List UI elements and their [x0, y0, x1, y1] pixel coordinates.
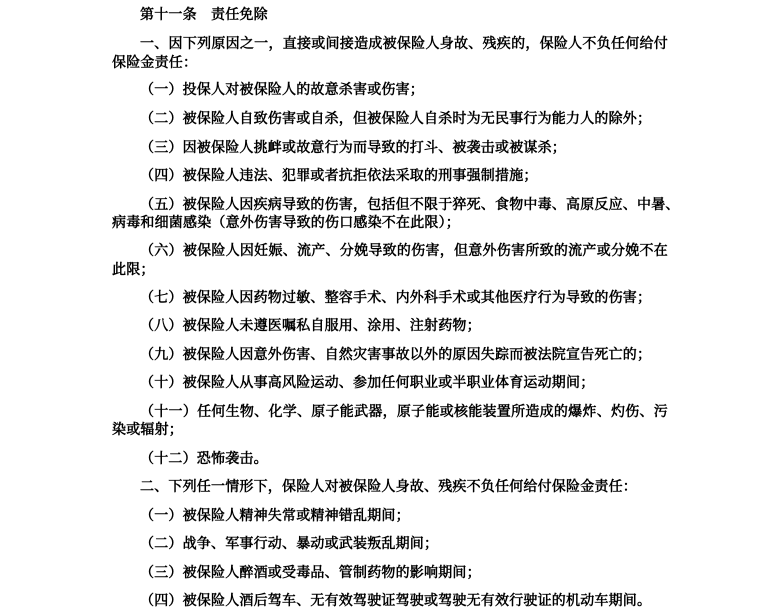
- section-one-intro-line1: 一、因下列原因之一，直接或间接造成被保险人身故、残疾的，保险人不负任何给付: [112, 35, 668, 53]
- clause-1-5-line2: 病毒和细菌感染（意外伤害导致的伤口感染不在此限）；: [112, 214, 460, 232]
- clause-1-3: （三）因被保险人挑衅或故意行为而导致的打斗、被袭击或被谋杀；: [140, 139, 566, 157]
- article-title: 第十一条 责任免除: [140, 6, 268, 24]
- clause-1-12: （十二）恐怖袭击。: [140, 450, 268, 468]
- clause-1-9: （九）被保险人因意外伤害、自然灾害事故以外的原因失踪而被法院宣告死亡的；: [140, 346, 651, 364]
- section-one-intro-line2: 保险金责任：: [112, 54, 197, 72]
- clause-1-2: （二）被保险人自致伤害或自杀，但被保险人自杀时为无民事行为能力人的除外；: [140, 110, 651, 128]
- clause-1-6-line2: 此限；: [112, 261, 155, 279]
- clause-1-10: （十）被保险人从事高风险运动、参加任何职业或半职业体育运动期间；: [140, 374, 594, 392]
- section-two-intro: 二、下列任一情形下，保险人对被保险人身故、残疾不负任何给付保险金责任：: [140, 478, 637, 496]
- clause-1-8: （八）被保险人未遵医嘱私自服用、涂用、注射药物；: [140, 317, 481, 335]
- clause-2-2: （二）战争、军事行动、暴动或武装叛乱期间；: [140, 535, 438, 553]
- clause-1-11-line1: （十一）任何生物、化学、原子能武器，原子能或核能装置所造成的爆炸、灼伤、污: [112, 403, 668, 421]
- clause-2-4: （四）被保险人酒后驾车、无有效驾驶证驾驶或驾驶无有效行驶证的机动车期间。: [140, 592, 651, 610]
- clause-2-3: （三）被保险人醉酒或受毒品、管制药物的影响期间；: [140, 564, 481, 582]
- clause-1-11-line2: 染或辐射；: [112, 421, 183, 439]
- clause-1-7: （七）被保险人因药物过敏、整容手术、内外科手术或其他医疗行为导致的伤害；: [140, 289, 651, 307]
- clause-1-6-line1: （六）被保险人因妊娠、流产、分娩导致的伤害，但意外伤害所致的流产或分娩不在: [112, 242, 668, 260]
- clause-1-4: （四）被保险人违法、犯罪或者抗拒依法采取的刑事强制措施；: [140, 167, 538, 185]
- clause-1-5-line1: （五）被保险人因疾病导致的伤害，包括但不限于猝死、食物中毒、高原反应、中暑、: [112, 196, 668, 214]
- clause-2-1: （一）被保险人精神失常或精神错乱期间；: [140, 507, 410, 525]
- clause-1-1: （一）投保人对被保险人的故意杀害或伤害；: [140, 81, 424, 99]
